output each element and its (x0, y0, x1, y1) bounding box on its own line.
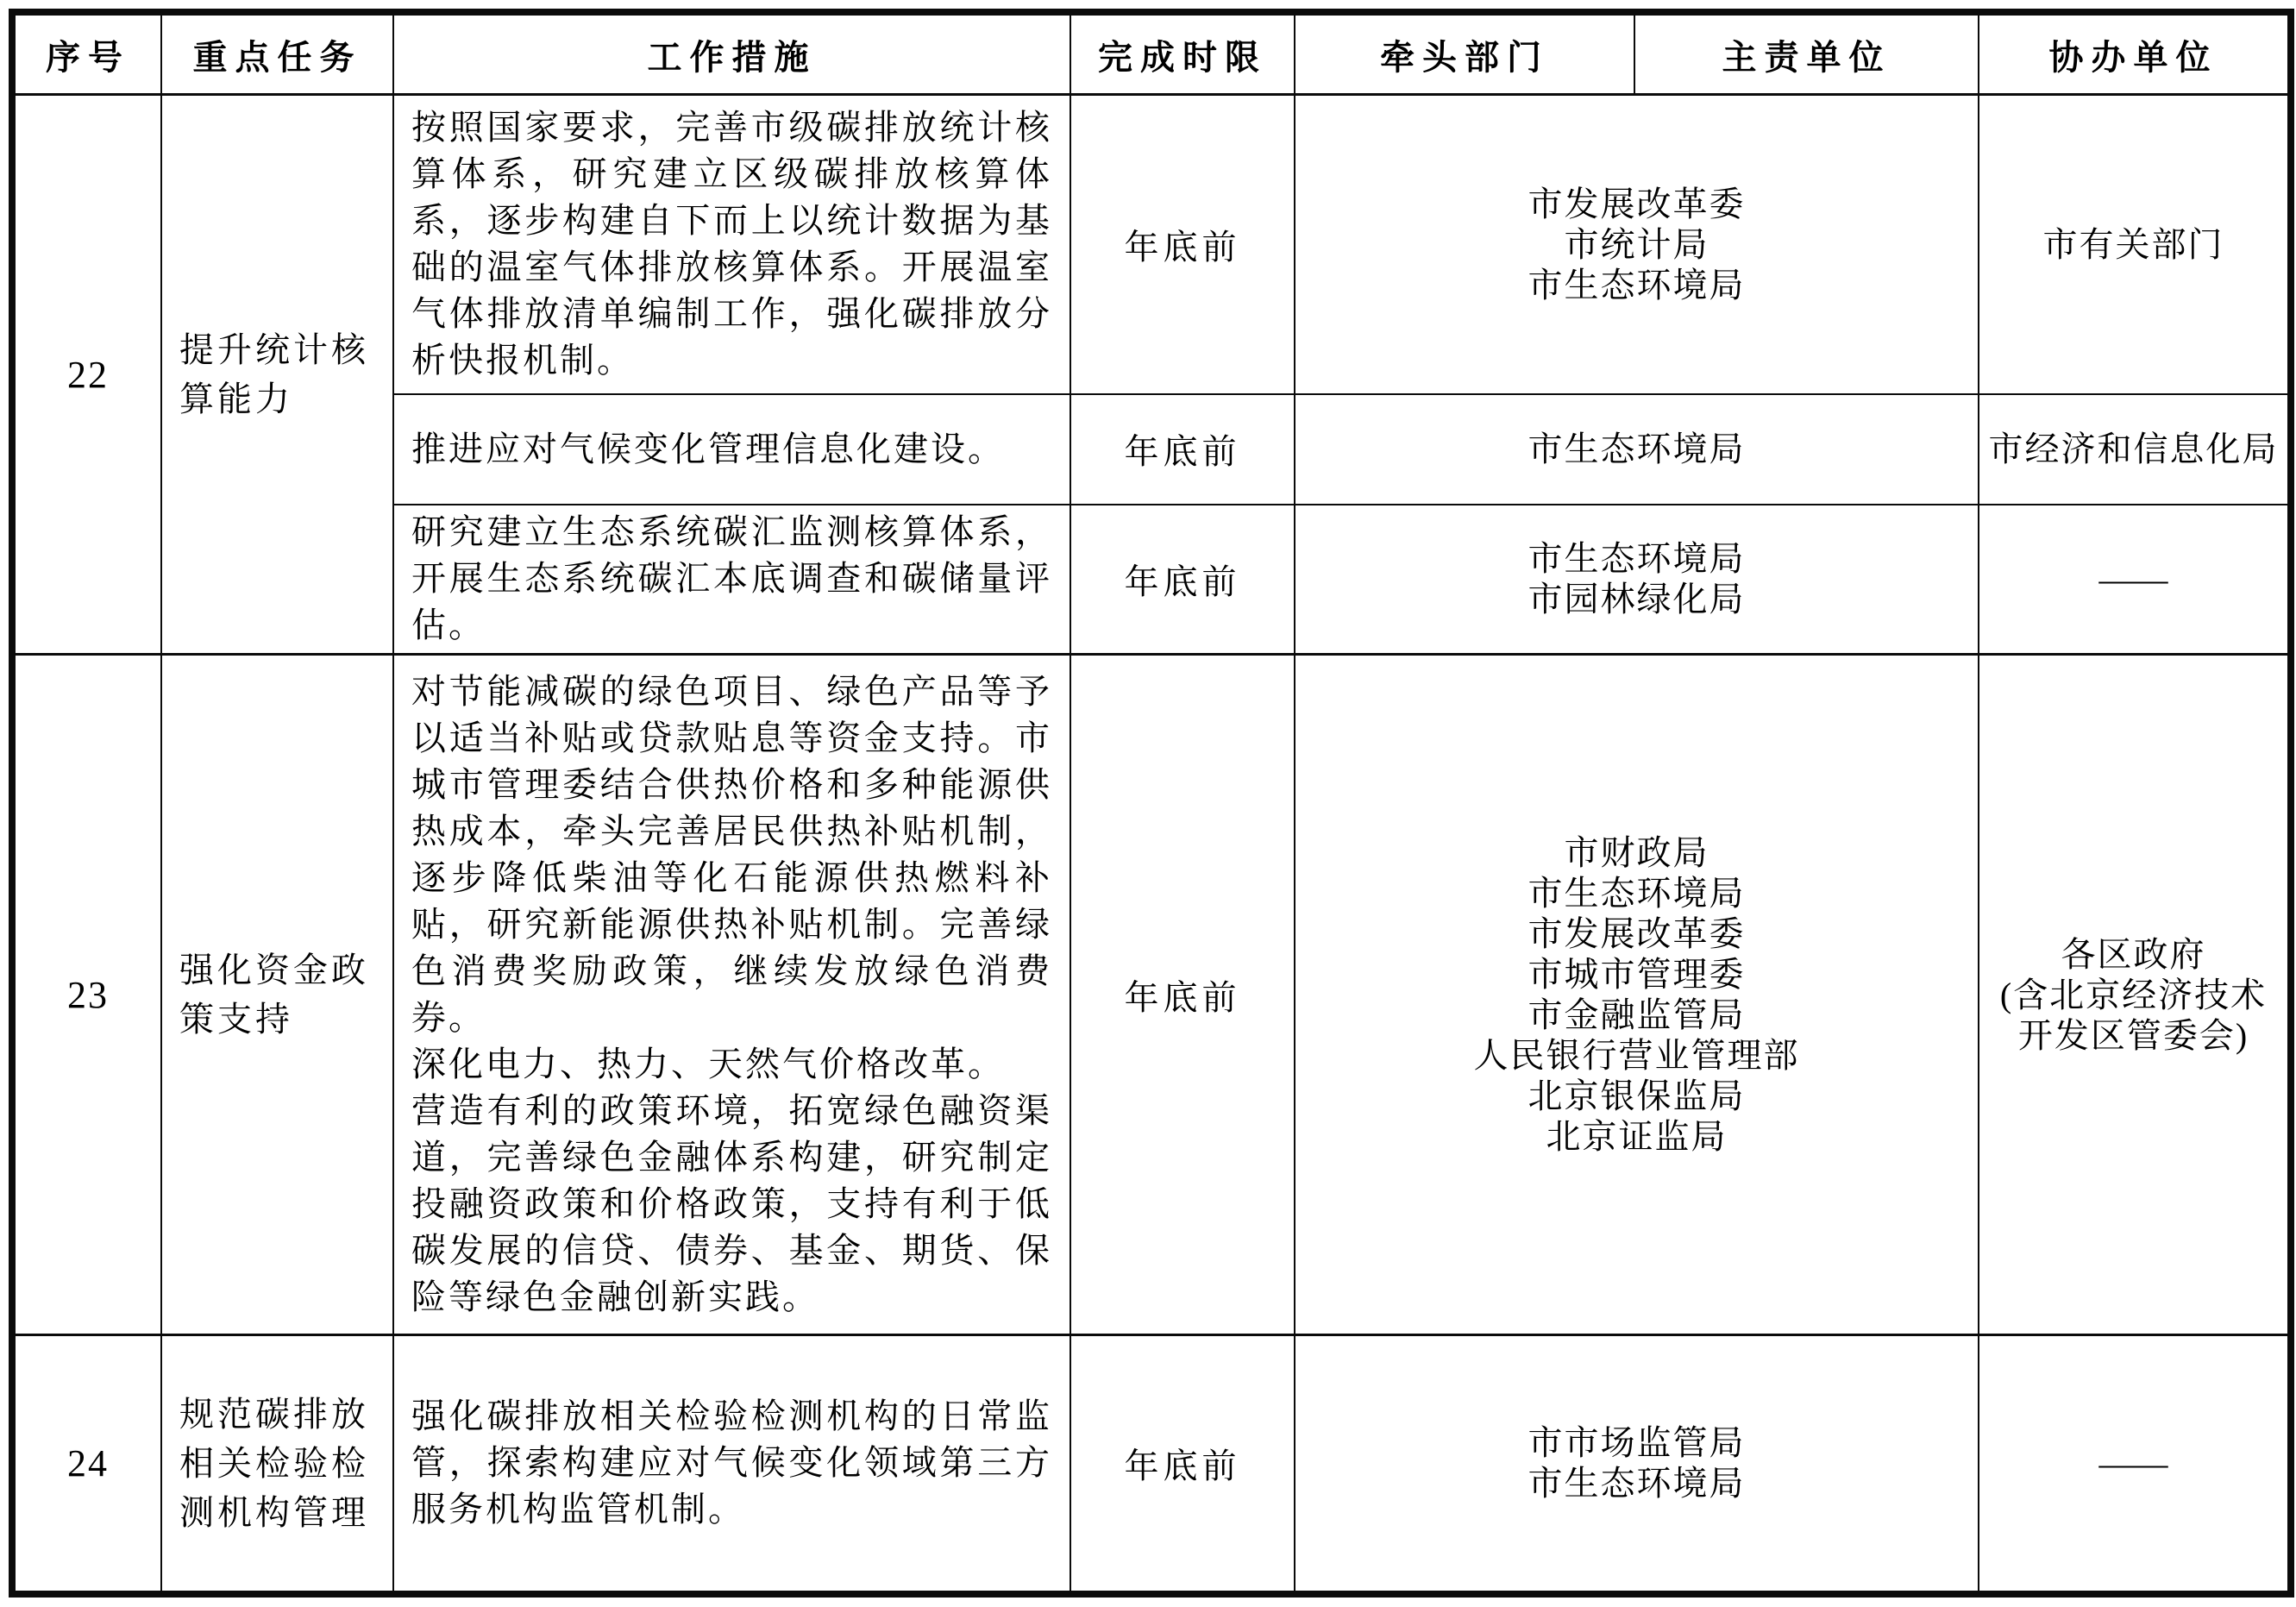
row24-task: 规范碳排放相关检验检测机构管理 (161, 1335, 393, 1594)
row24-measure: 强化碳排放相关检验检测机构的日常监管，探索构建应对气候变化领域第三方服务机构监管… (393, 1335, 1070, 1594)
header-measure: 工作措施 (393, 12, 1070, 95)
row22-lead-main-1: 市发展改革委 市统计局 市生态环境局 (1295, 95, 1979, 394)
row22-deadline-2: 年底前 (1070, 394, 1295, 505)
task-assignment-table: 序号 重点任务 工作措施 完成时限 牵头部门 主责单位 协办单位 22 提升统计… (9, 9, 2294, 1598)
table-row-24: 24 规范碳排放相关检验检测机构管理 强化碳排放相关检验检测机构的日常监管，探索… (12, 1335, 2291, 1594)
header-main-unit: 主责单位 (1634, 12, 1979, 95)
row22-measure-3: 研究建立生态系统碳汇监测核算体系，开展生态系统碳汇本底调查和碳储量评估。 (393, 505, 1070, 655)
row24-seq: 24 (12, 1335, 161, 1594)
row22-assist-3: —— (1979, 505, 2291, 655)
row23-measure: 对节能减碳的绿色项目、绿色产品等予以适当补贴或贷款贴息等资金支持。市城市管理委结… (393, 655, 1070, 1335)
row24-deadline: 年底前 (1070, 1335, 1295, 1594)
row24-assist: —— (1979, 1335, 2291, 1594)
row22-deadline-3: 年底前 (1070, 505, 1295, 655)
row22-measure-2: 推进应对气候变化管理信息化建设。 (393, 394, 1070, 505)
row23-deadline: 年底前 (1070, 655, 1295, 1335)
row23-seq: 23 (12, 655, 161, 1335)
header-row: 序号 重点任务 工作措施 完成时限 牵头部门 主责单位 协办单位 (12, 12, 2291, 95)
row22-lead-main-2: 市生态环境局 (1295, 394, 1979, 505)
row23-assist: 各区政府 (含北京经济技术 开发区管委会) (1979, 655, 2291, 1335)
row23-task: 强化资金政策支持 (161, 655, 393, 1335)
row24-lead-main: 市市场监管局 市生态环境局 (1295, 1335, 1979, 1594)
row22-measure-1: 按照国家要求，完善市级碳排放统计核算体系，研究建立区级碳排放核算体系，逐步构建自… (393, 95, 1070, 394)
header-task: 重点任务 (161, 12, 393, 95)
row22-assist-1: 市有关部门 (1979, 95, 2291, 394)
table-row-23: 23 强化资金政策支持 对节能减碳的绿色项目、绿色产品等予以适当补贴或贷款贴息等… (12, 655, 2291, 1335)
row22-seq: 22 (12, 95, 161, 655)
table-row-22-sub1: 22 提升统计核算能力 按照国家要求，完善市级碳排放统计核算体系，研究建立区级碳… (12, 95, 2291, 394)
row22-task: 提升统计核算能力 (161, 95, 393, 655)
row22-assist-2: 市经济和信息化局 (1979, 394, 2291, 505)
document-page: 序号 重点任务 工作措施 完成时限 牵头部门 主责单位 协办单位 22 提升统计… (0, 0, 2296, 1607)
header-deadline: 完成时限 (1070, 12, 1295, 95)
row23-lead-main: 市财政局 市生态环境局 市发展改革委 市城市管理委 市金融监管局 人民银行营业管… (1295, 655, 1979, 1335)
row22-lead-main-3: 市生态环境局 市园林绿化局 (1295, 505, 1979, 655)
header-seq: 序号 (12, 12, 161, 95)
header-lead-dept: 牵头部门 (1295, 12, 1634, 95)
row22-deadline-1: 年底前 (1070, 95, 1295, 394)
header-assist-unit: 协办单位 (1979, 12, 2291, 95)
